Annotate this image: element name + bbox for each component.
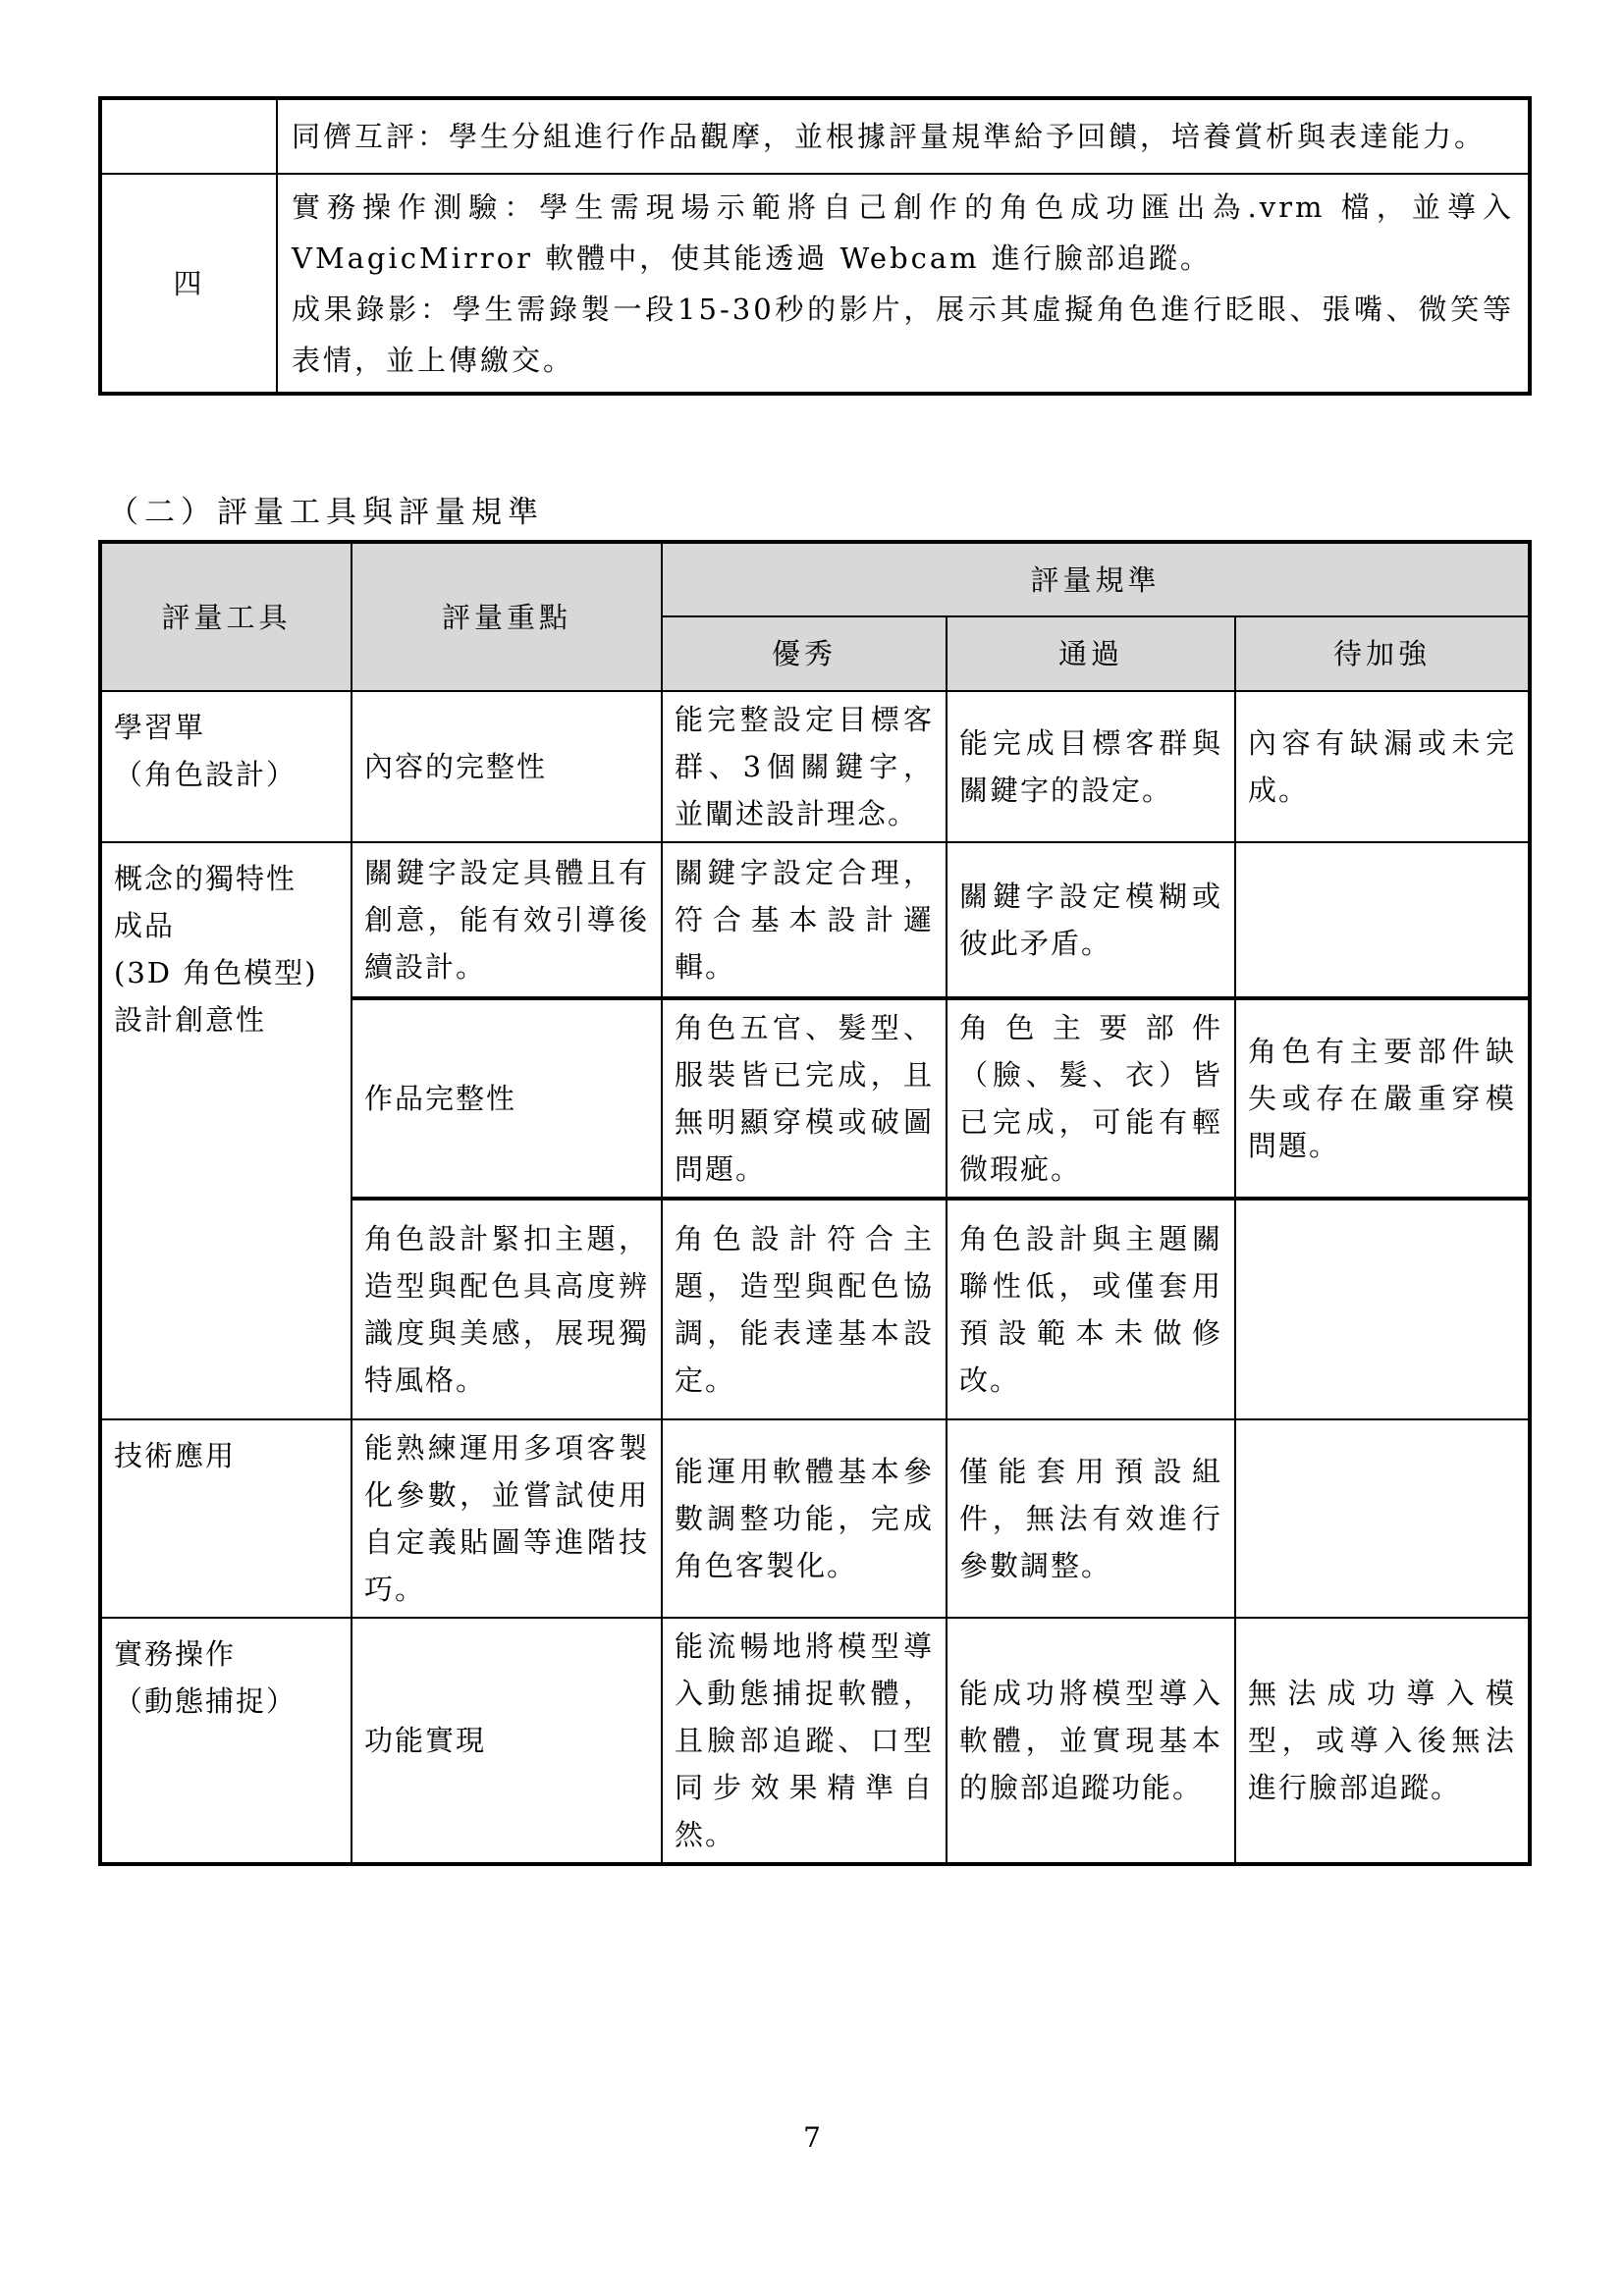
excellent-worksheet: 能完整設定目標客群、3個關鍵字，並闡述設計理念。 xyxy=(662,691,947,842)
pass-keywords: 關鍵字設定模糊或彼此矛盾。 xyxy=(947,842,1235,998)
header-pass: 通過 xyxy=(947,616,1235,691)
tool-model: 概念的獨特性 成品 (3D 角色模型) 設計創意性 xyxy=(100,842,352,1419)
improve-technique xyxy=(1235,1419,1530,1618)
excellent-keywords: 關鍵字設定合理，符合基本設計邏輯。 xyxy=(662,842,947,998)
improve-design-theme xyxy=(1235,1199,1530,1419)
table-row: 同儕互評：學生分組進行作品觀摩，並根據評量規準給予回饋，培養賞析與表達能力。 xyxy=(100,98,1530,174)
rubric-row-worksheet: 學習單 （角色設計） 內容的完整性 能完整設定目標客群、3個關鍵字，並闡述設計理… xyxy=(100,691,1530,842)
pass-design-theme: 角色設計與主題關聯性低，或僅套用預設範本未做修改。 xyxy=(947,1199,1235,1419)
focus-keywords: 關鍵字設定具體且有創意，能有效引導後續設計。 xyxy=(352,842,662,998)
tool-worksheet: 學習單 （角色設計） xyxy=(100,691,352,842)
focus-function: 功能實現 xyxy=(352,1618,662,1864)
peer-review-text: 同儕互評：學生分組進行作品觀摩，並根據評量規準給予回饋，培養賞析與表達能力。 xyxy=(277,98,1530,174)
header-improve: 待加強 xyxy=(1235,616,1530,691)
stage-four-text: 實務操作測驗：學生需現場示範將自己創作的角色成功匯出為.vrm 檔，並導入 VM… xyxy=(277,174,1530,394)
focus-work-complete: 作品完整性 xyxy=(352,998,662,1199)
improve-keywords xyxy=(1235,842,1530,998)
excellent-work-complete: 角色五官、髮型、服裝皆已完成，且無明顯穿模或破圖問題。 xyxy=(662,998,947,1199)
stage-label-cell xyxy=(100,98,277,174)
rubric-row-technique: 技術應用 能熟練運用多項客製化參數，並嘗試使用自定義貼圖等進階技巧。 能運用軟體… xyxy=(100,1419,1530,1618)
improve-work-complete: 角色有主要部件缺失或存在嚴重穿模問題。 xyxy=(1235,998,1530,1199)
tool-practice: 實務操作 （動態捕捉） xyxy=(100,1618,352,1864)
focus-completeness: 內容的完整性 xyxy=(352,691,662,842)
header-criteria: 評量規準 xyxy=(662,542,1530,616)
rubric-row-practice: 實務操作 （動態捕捉） 功能實現 能流暢地將模型導入動態捕捉軟體，且臉部追蹤、口… xyxy=(100,1618,1530,1864)
header-tool: 評量工具 xyxy=(100,542,352,691)
tool-technique: 技術應用 xyxy=(100,1419,352,1618)
stage-label-four: 四 xyxy=(100,174,277,394)
focus-technique: 能熟練運用多項客製化參數，並嘗試使用自定義貼圖等進階技巧。 xyxy=(352,1419,662,1618)
focus-design-theme: 角色設計緊扣主題，造型與配色具高度辨識度與美感，展現獨特風格。 xyxy=(352,1199,662,1419)
excellent-design-theme: 角色設計符合主題，造型與配色協調，能表達基本設定。 xyxy=(662,1199,947,1419)
pass-function: 能成功將模型導入軟體，並實現基本的臉部追蹤功能。 xyxy=(947,1618,1235,1864)
improve-worksheet: 內容有缺漏或未完成。 xyxy=(1235,691,1530,842)
excellent-function: 能流暢地將模型導入動態捕捉軟體，且臉部追蹤、口型同步效果精準自然。 xyxy=(662,1618,947,1864)
excellent-technique: 能運用軟體基本參數調整功能，完成角色客製化。 xyxy=(662,1419,947,1618)
document-page: 同儕互評：學生分組進行作品觀摩，並根據評量規準給予回饋，培養賞析與表達能力。 四… xyxy=(0,0,1624,2296)
header-focus: 評量重點 xyxy=(352,542,662,691)
improve-function: 無法成功導入模型，或導入後無法進行臉部追蹤。 xyxy=(1235,1618,1530,1864)
pass-technique: 僅能套用預設組件，無法有效進行參數調整。 xyxy=(947,1419,1235,1618)
rubric-table: 評量工具 評量重點 評量規準 優秀 通過 待加強 學習單 （角色設計） 內容的完… xyxy=(98,540,1532,1866)
pass-work-complete: 角色主要部件（臉、髮、衣）皆已完成，可能有輕微瑕疵。 xyxy=(947,998,1235,1199)
rubric-row-concept: 概念的獨特性 成品 (3D 角色模型) 設計創意性 關鍵字設定具體且有創意，能有… xyxy=(100,842,1530,998)
rubric-header-row: 評量工具 評量重點 評量規準 xyxy=(100,542,1530,616)
pass-worksheet: 能完成目標客群與關鍵字的設定。 xyxy=(947,691,1235,842)
header-excellent: 優秀 xyxy=(662,616,947,691)
section-heading: （二）評量工具與評量規準 xyxy=(108,491,544,535)
page-number: 7 xyxy=(0,2118,1624,2158)
activity-continuation-table: 同儕互評：學生分組進行作品觀摩，並根據評量規準給予回饋，培養賞析與表達能力。 四… xyxy=(98,96,1532,396)
table-row: 四 實務操作測驗：學生需現場示範將自己創作的角色成功匯出為.vrm 檔，並導入 … xyxy=(100,174,1530,394)
